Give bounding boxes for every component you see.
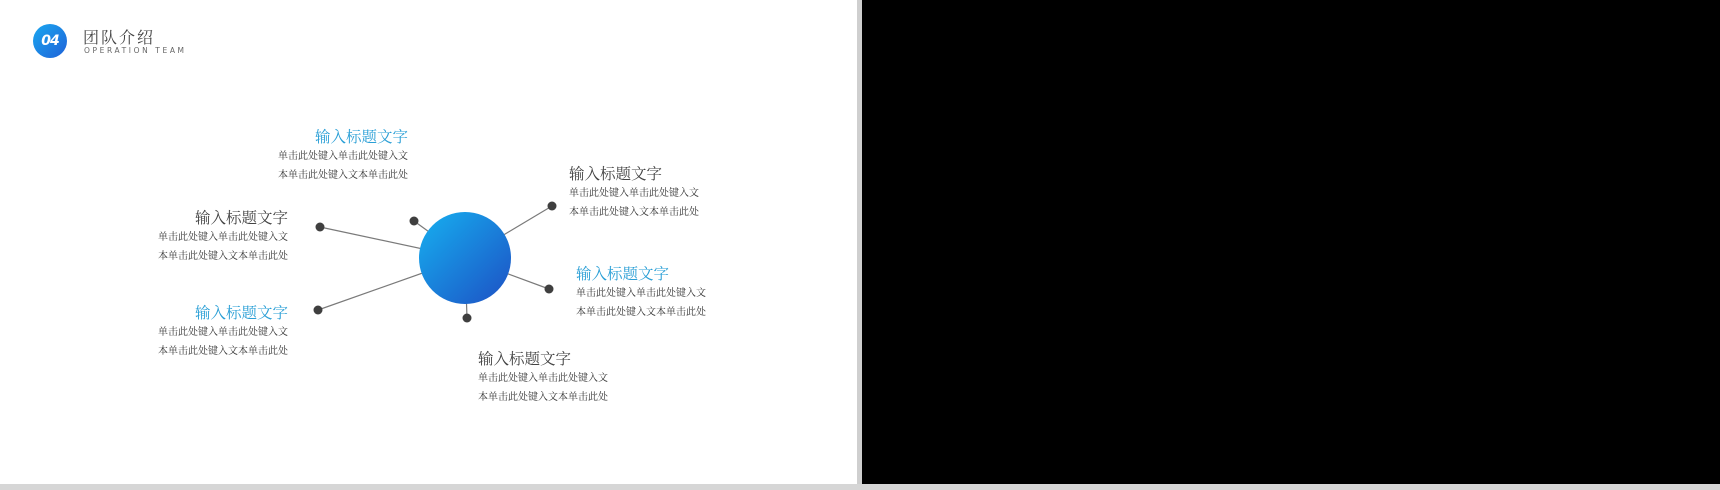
hub-circle — [419, 212, 511, 304]
node-title[interactable]: 输入标题文字 — [148, 127, 408, 147]
node-desc-line2[interactable]: 本单击此处键入文本单击此处 — [148, 166, 408, 185]
node-desc-line1[interactable]: 单击此处键入单击此处键入文 — [478, 369, 738, 388]
slide-preview-pane: 版权声明 感谢您下载办公资源网平台上提供的PPT作品，为了您和办公资源以及原创作… — [862, 0, 1720, 484]
node-text-top[interactable]: 输入标题文字 单击此处键入单击此处键入文 本单击此处键入文本单击此处 — [148, 127, 408, 185]
node-text-lower-right[interactable]: 输入标题文字 单击此处键入单击此处键入文 本单击此处键入文本单击此处 — [576, 264, 836, 322]
node-text-bottom[interactable]: 输入标题文字 单击此处键入单击此处键入文 本单击此处键入文本单击此处 — [478, 349, 738, 407]
slide-team-intro[interactable]: 04 团队介绍 OPERATION TEAM 输入标题文 — [0, 0, 857, 484]
node-desc-line2[interactable]: 本单击此处键入文本单击此处 — [576, 303, 836, 322]
node-desc-line2[interactable]: 本单击此处键入文本单击此处 — [569, 203, 829, 222]
node-desc-line1[interactable]: 单击此处键入单击此处键入文 — [569, 184, 829, 203]
bottom-scrollbar-strip[interactable] — [0, 484, 1720, 490]
node-desc-line2[interactable]: 本单击此处键入文本单击此处 — [28, 247, 288, 266]
node-text-upper-left[interactable]: 输入标题文字 单击此处键入单击此处键入文 本单击此处键入文本单击此处 — [28, 208, 288, 266]
node-title[interactable]: 输入标题文字 — [576, 264, 836, 284]
node-desc-line1[interactable]: 单击此处键入单击此处键入文 — [28, 228, 288, 247]
node-desc-line2[interactable]: 本单击此处键入文本单击此处 — [28, 342, 288, 361]
node-title[interactable]: 输入标题文字 — [478, 349, 738, 369]
node-desc-line1[interactable]: 单击此处键入单击此处键入文 — [148, 147, 408, 166]
node-desc-line2[interactable]: 本单击此处键入文本单击此处 — [478, 388, 738, 407]
node-title[interactable]: 输入标题文字 — [569, 164, 829, 184]
node-desc-line1[interactable]: 单击此处键入单击此处键入文 — [576, 284, 836, 303]
node-text-upper-right[interactable]: 输入标题文字 单击此处键入单击此处键入文 本单击此处键入文本单击此处 — [569, 164, 829, 222]
node-title[interactable]: 输入标题文字 — [28, 208, 288, 228]
node-desc-line1[interactable]: 单击此处键入单击此处键入文 — [28, 323, 288, 342]
node-title[interactable]: 输入标题文字 — [28, 303, 288, 323]
node-text-lower-left[interactable]: 输入标题文字 单击此处键入单击此处键入文 本单击此处键入文本单击此处 — [28, 303, 288, 361]
